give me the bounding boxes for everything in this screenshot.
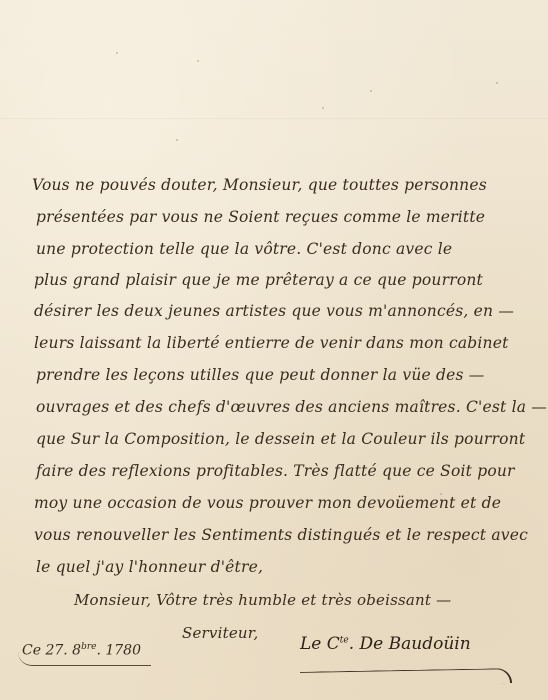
- letter-line-10: faire des reflexions profitables. Très f…: [36, 462, 515, 480]
- date-day: Ce 27. 8: [22, 643, 81, 659]
- letter-line-4: plus grand plaisir que je me prêteray a …: [34, 271, 483, 289]
- signature-flourish: [300, 668, 512, 687]
- letter-line-11: moy une occasion de vous prouver mon dev…: [34, 494, 501, 512]
- letter-date: Ce 27. 8bre. 1780: [18, 642, 151, 666]
- letter-line-2: présentées par vous ne Soient reçues com…: [36, 208, 485, 226]
- letter-line-5: désirer les deux jeunes artistes que vou…: [34, 302, 514, 320]
- paper-speck: [176, 139, 178, 141]
- signature-name: . De Baudoüin: [349, 634, 471, 654]
- paper-fold-line: [0, 118, 548, 119]
- letter-line-1: Vous ne pouvés douter, Monsieur, que tou…: [32, 176, 487, 194]
- letter-line-7: prendre les leçons utilles que peut donn…: [36, 366, 484, 384]
- signature-superscript: te: [340, 635, 349, 645]
- paper-speck: [322, 107, 324, 109]
- paper-speck: [116, 52, 118, 54]
- signature-prefix: Le C: [300, 634, 340, 654]
- letter-line-12: vous renouveller les Sentiments distingu…: [34, 526, 528, 544]
- date-superscript: bre: [81, 642, 96, 652]
- letter-line-8: ouvrages et des chefs d'œuvres des ancie…: [36, 398, 547, 416]
- paper-speck: [197, 60, 199, 62]
- letter-line-9: que Sur la Composition, le dessein et la…: [36, 430, 525, 448]
- paper-speck: [496, 82, 498, 84]
- letter-page: Vous ne pouvés douter, Monsieur, que tou…: [0, 0, 548, 700]
- signature: Le Cte. De Baudoüin: [300, 634, 471, 664]
- letter-line-13: le quel j'ay l'honneur d'être,: [36, 558, 263, 576]
- closing-salutation: Monsieur, Vôtre très humble et très obei…: [74, 591, 451, 609]
- letter-line-3: une protection telle que la vôtre. C'est…: [36, 240, 452, 258]
- paper-speck: [370, 90, 372, 92]
- closing-servant: Serviteur,: [182, 624, 258, 642]
- letter-line-6: leurs laissant la liberté entierre de ve…: [34, 334, 509, 352]
- date-year: . 1780: [96, 643, 141, 659]
